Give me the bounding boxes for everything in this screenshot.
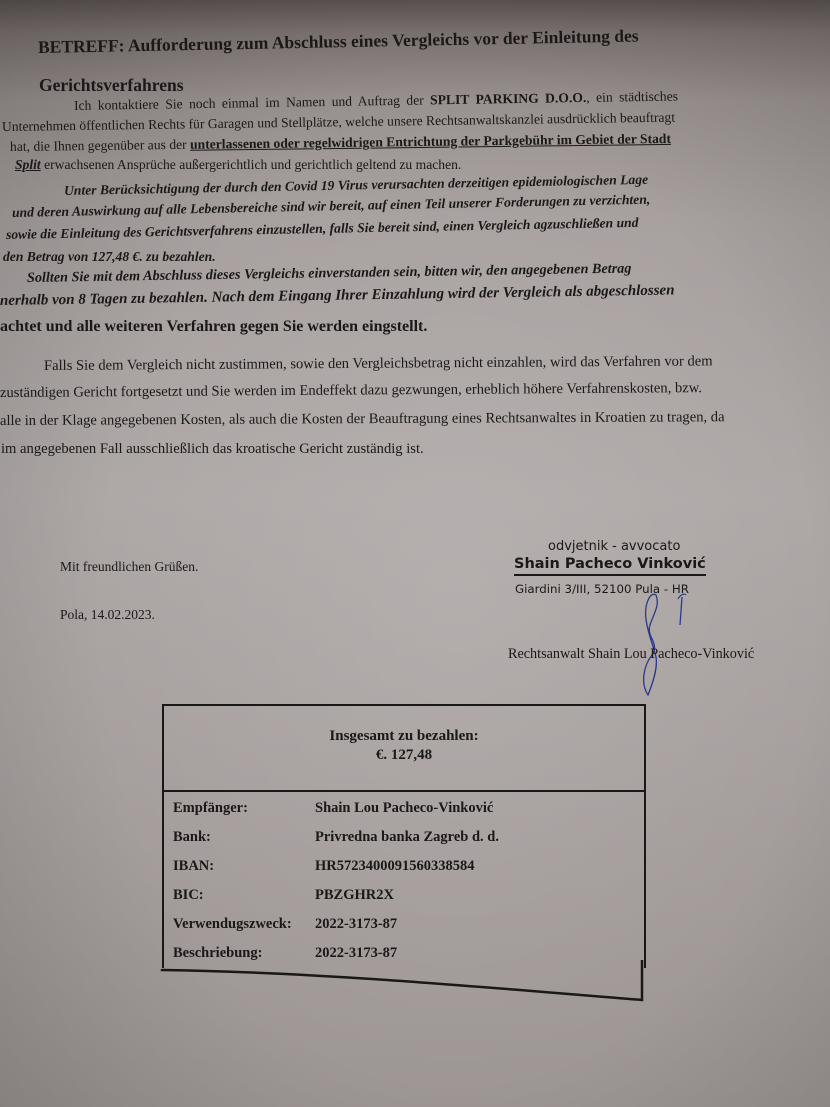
- payment-row-purpose: Verwendugszweck:2022-3173-87: [173, 916, 397, 933]
- paragraph-4-line-1: Falls Sie dem Vergleich nicht zustimmen,…: [44, 353, 713, 375]
- paragraph-2-line-4: den Betrag von 127,48 €. zu bezahlen.: [3, 249, 216, 265]
- payment-box-bottom-border: [160, 960, 650, 1005]
- subject-line-1: BETREFF: Aufforderung zum Abschluss eine…: [38, 25, 639, 58]
- signatory-name: Rechtsanwalt Shain Lou Pacheco-Vinković: [508, 646, 754, 663]
- total-amount: €. 127,48: [164, 747, 644, 764]
- payment-row-bic: BIC:PBZGHR2X: [173, 887, 394, 904]
- company-name: SPLIT PARKING D.O.O.: [430, 90, 586, 107]
- closing-greeting: Mit freundlichen Grüßen.: [60, 559, 198, 575]
- paragraph-3-line-3: achtet und alle weiteren Verfahren gegen…: [0, 318, 427, 336]
- payment-details-box: Insgesamt zu bezahlen: €. 127,48 Empfäng…: [162, 704, 646, 968]
- total-label: Insgesamt zu bezahlen:: [164, 728, 644, 745]
- stamp-role: odvjetnik - avvocato: [548, 539, 680, 554]
- paragraph-4-line-2: zuständigen Gericht fortgesetzt und Sie …: [0, 380, 702, 402]
- payment-row-recipient: Empfänger:Shain Lou Pacheco-Vinković: [173, 800, 493, 817]
- payment-row-iban: IBAN:HR5723400091560338584: [173, 858, 475, 875]
- underlined-reason: unterlassenen oder regelwidrigen Entrich…: [190, 131, 671, 152]
- payment-row-bank: Bank:Privredna banka Zagreb d. d.: [173, 829, 499, 846]
- paragraph-1-line-4: Split erwachsenen Ansprüche außergericht…: [15, 157, 461, 173]
- stamp-name: Shain Pacheco Vinković: [514, 556, 706, 576]
- paragraph-4-line-3: alle in der Klage angegebenen Kosten, al…: [0, 409, 725, 430]
- place-and-date: Pola, 14.02.2023.: [60, 607, 155, 623]
- paragraph-4-line-4: im angegebenen Fall ausschließlich das k…: [1, 441, 424, 458]
- paragraph-3-line-2: nerhalb von 8 Tagen zu bezahlen. Nach de…: [0, 282, 675, 310]
- paragraph-1-line-3: hat, die Ihnen gegenüber aus der unterla…: [10, 131, 671, 155]
- payment-total: Insgesamt zu bezahlen: €. 127,48: [164, 706, 644, 792]
- subject-line-2: Gerichtsverfahrens: [39, 75, 184, 96]
- signature-icon: [600, 585, 700, 705]
